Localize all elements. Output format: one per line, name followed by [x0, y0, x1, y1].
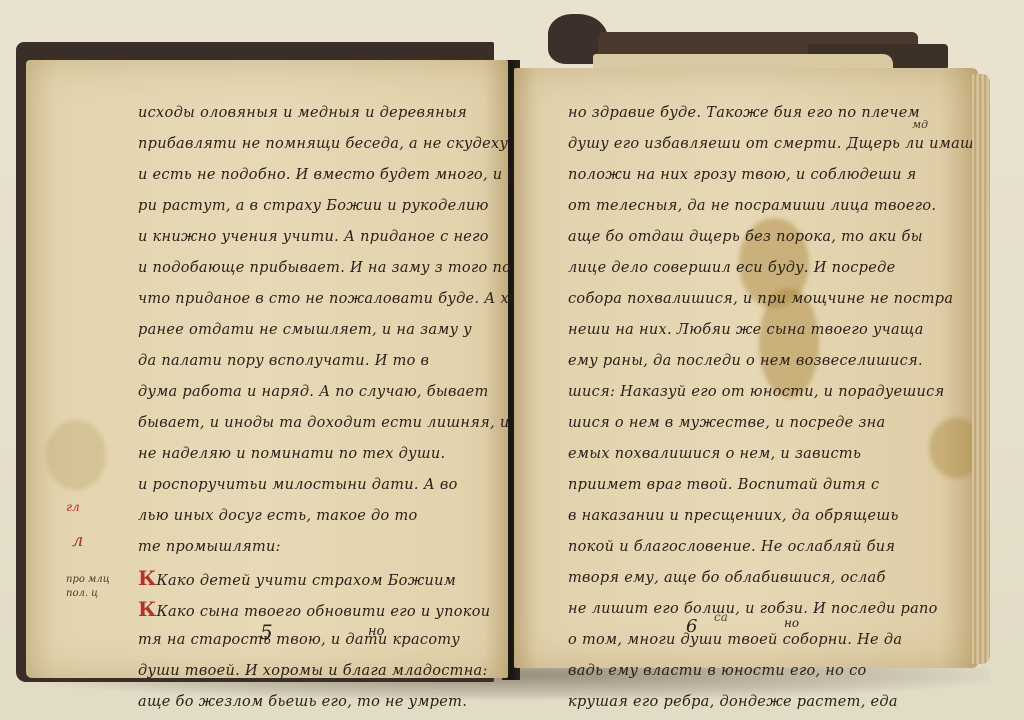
- text-line: собора похвалишися, и при мощчине не пос…: [568, 284, 984, 315]
- text-line: ему раны, да последи о нем возвеселишися…: [568, 346, 984, 377]
- text-line: неши на них. Любяи же сына твоего учаща: [568, 315, 984, 346]
- paper-stain: [46, 420, 106, 490]
- text-line: дума работа и наряд. А по случаю, бывает: [138, 377, 544, 408]
- corner-note: мд: [912, 118, 928, 132]
- text-line: в наказании и пресщениих, да обрящешь: [568, 501, 984, 532]
- catchword: но: [784, 616, 799, 630]
- text-line: не наделяю и поминати по тех души.: [138, 439, 544, 470]
- folio-note: са: [714, 610, 728, 624]
- page-block-edge: [972, 74, 990, 664]
- text-line: душу его избавляеши от смерти. Дщерь ли …: [568, 129, 984, 160]
- left-page: исходы оловяныя и медныя и деревяныя при…: [26, 60, 508, 678]
- text-line: не лишит его болши, и гобзи. И последи р…: [568, 594, 984, 625]
- text-line: что приданое в сто не пожаловати буде. А…: [138, 284, 544, 315]
- text-line: приимет враг твой. Воспитай дитя с: [568, 470, 984, 501]
- text-line: да палати пору всполучати. И то в: [138, 346, 544, 377]
- text-line: тя на старость твою, и дати красоту: [138, 625, 544, 656]
- text-line: лью иных досуг есть, такое до то: [138, 501, 544, 532]
- text-line: аще бо жезлом бьешь его, то не умрет.: [138, 687, 544, 718]
- right-page: но здравие буде. Такоже бия его по плече…: [514, 68, 978, 668]
- text-line: и роспоручитьи милостыни дати. А во: [138, 470, 544, 501]
- text-line: лице дело совершил еси буду. И посреде: [568, 253, 984, 284]
- text-line: шися: Наказуй его от юности, и порадуеши…: [568, 377, 984, 408]
- text-line: положи на них грозу твою, и соблюдеши я: [568, 160, 984, 191]
- text-line: о том, многи души твоей соборни. Не да: [568, 625, 984, 656]
- text-line: Како сына твоего обновити его и упокои: [157, 604, 491, 620]
- text-line: покой и благословение. Не ослабляй бия: [568, 532, 984, 563]
- text-line: крушая его ребра, дондеже растет, еда: [568, 687, 984, 718]
- left-page-text-block: исходы оловяныя и медныя и деревяныя при…: [138, 98, 544, 718]
- text-line: Како детей учити страхом Божиим: [157, 573, 457, 589]
- margin-note: пол. ц: [66, 587, 98, 601]
- folio-number: 6: [686, 616, 697, 637]
- text-line: бывает, и иноды та доходит ести лишняя, …: [138, 408, 544, 439]
- folio-number: 5: [260, 620, 273, 644]
- text-line: и подобающе прибывает. И на заму з того …: [138, 253, 544, 284]
- text-line: и книжно учения учити. А приданое с него: [138, 222, 544, 253]
- text-line: аще бо отдаш дщерь без порока, то аки бы: [568, 222, 984, 253]
- margin-red-letter: л: [72, 534, 83, 548]
- rubric-initial: К: [138, 597, 157, 621]
- text-line: емых похвалишися о нем, и зависть: [568, 439, 984, 470]
- text-line: вадь ему власти в юности его, но со: [568, 656, 984, 687]
- text-line: творя ему, аще бо облабившися, ослаб: [568, 563, 984, 594]
- rubric-line: ККако детей учити страхом Божиим: [138, 563, 544, 594]
- margin-red-numeral: гл: [66, 500, 80, 514]
- text-line: прибавляти не помнящи беседа, а не скуде…: [138, 129, 544, 160]
- text-line: ри растут, а в страху Божии и рукоделию: [138, 191, 544, 222]
- rubric-line: ККако сына твоего обновити его и упокои: [138, 594, 544, 625]
- text-line: исходы оловяныя и медныя и деревяныя: [138, 98, 544, 129]
- text-line: души твоей. И хоромы и блага младостна:: [138, 656, 544, 687]
- book-cover-right-top: [548, 14, 948, 76]
- margin-note: про млц: [66, 573, 110, 587]
- text-line: шися о нем в мужестве, и посреде зна: [568, 408, 984, 439]
- rubric-initial: К: [138, 566, 157, 590]
- text-line: от телесныя, да не посрамиши лица твоего…: [568, 191, 984, 222]
- right-page-text-block: но здравие буде. Такоже бия его по плече…: [568, 98, 984, 718]
- text-line: те промышляти:: [138, 532, 544, 563]
- text-line: и есть не подобно. И вместо будет много,…: [138, 160, 544, 191]
- catchword: но: [368, 624, 384, 639]
- text-line: ранее отдати не смышляет, и на заму у: [138, 315, 544, 346]
